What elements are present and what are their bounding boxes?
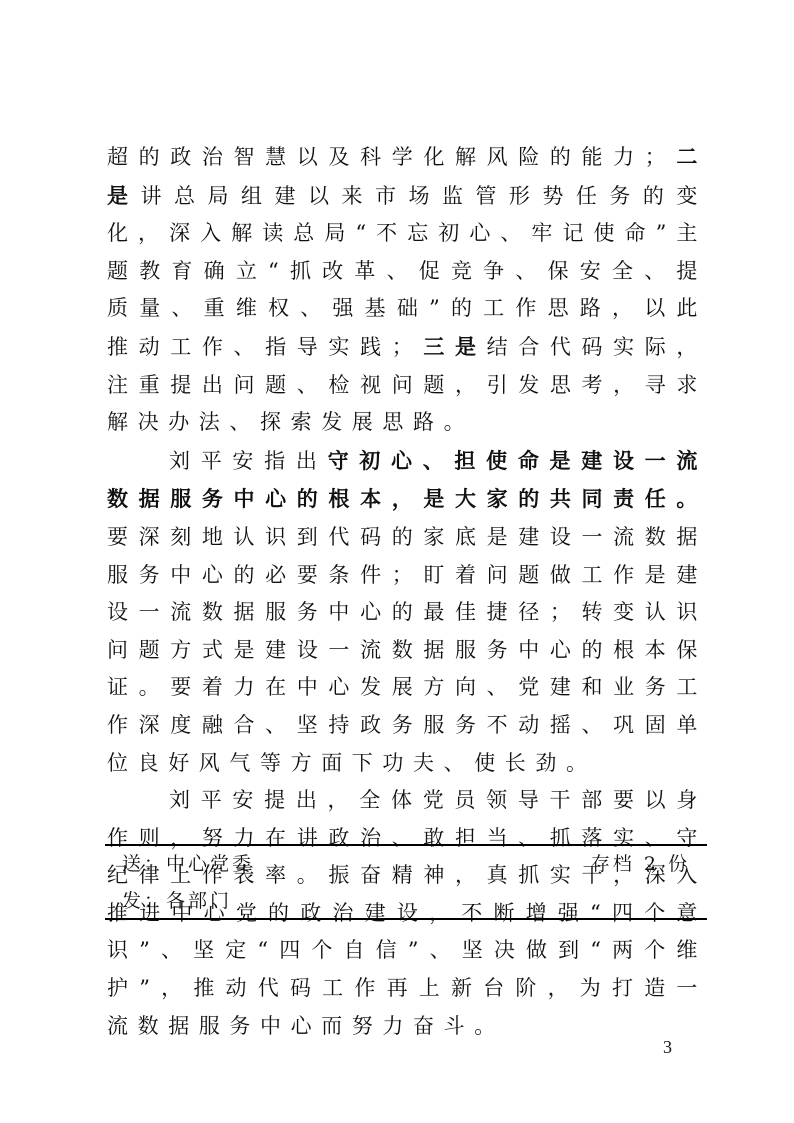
footer-distribute-line: 发：各部门 bbox=[122, 889, 690, 913]
document-page: 超的政治智慧以及科学化解风险的能力；二是讲总局组建以来市场监管形势任务的变化，深… bbox=[0, 0, 794, 1123]
footer-top-rule bbox=[105, 844, 707, 846]
paragraph-1-bold-2: 三是 bbox=[422, 334, 486, 359]
paragraph-1-text-2: 讲总局组建以来市场监管形势任务的变化，深入解读总局“不忘初心、牢记使命”主题教育… bbox=[107, 184, 707, 359]
send-to-label: 送：中心党委 bbox=[122, 852, 254, 876]
footer-send-line: 送：中心党委 存档 2 份 bbox=[122, 852, 690, 876]
distribute-to-label: 发：各部门 bbox=[122, 889, 232, 913]
paragraph-2-text-2: 要深刻地认识到代码的家底是建设一流数据服务中心的必要条件；盯着问题做工作是建设一… bbox=[107, 525, 707, 775]
footer-bottom-rule bbox=[105, 918, 707, 920]
page-number: 3 bbox=[663, 1037, 672, 1057]
paragraph-3: 刘平安提出，全体党员领导干部要以身作则，努力在讲政治、敢担当、抓落实、守纪律上作… bbox=[107, 782, 707, 1045]
paragraph-2: 刘平安指出守初心、担使命是建设一流数据服务中心的根本，是大家的共同责任。要深刻地… bbox=[107, 442, 707, 782]
paragraph-2-text-1: 刘平安指出 bbox=[169, 449, 328, 473]
paragraph-1-text-1: 超的政治智慧以及科学化解风险的能力； bbox=[107, 145, 675, 169]
paragraph-1: 超的政治智慧以及科学化解风险的能力；二是讲总局组建以来市场监管形势任务的变化，深… bbox=[107, 138, 707, 442]
archive-count: 存档 2 份 bbox=[591, 852, 690, 876]
